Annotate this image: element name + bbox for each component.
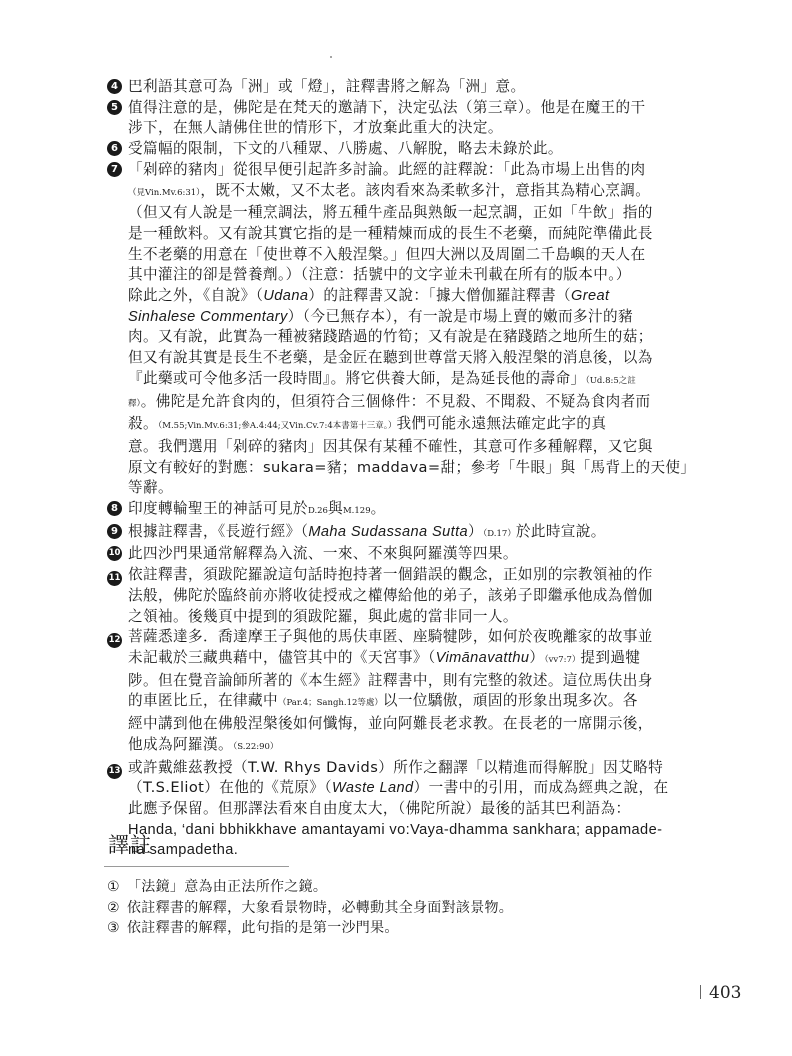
note-marker: ③: [107, 918, 127, 939]
note-text: 巴利語其意可為「洲」或「燈」，註釋書將之解為「洲」意。: [128, 77, 707, 98]
endnote-12: 12 菩薩悉達多．喬達摩王子與他的馬伕車匿、座騎犍陟，如何於夜晚離家的故事並 未…: [107, 627, 707, 757]
note-marker: 5: [107, 100, 122, 115]
note-text-line: 殺。（M.55;Vin.Mv.6:31;參A.4:44;又Vin.Cv.7:4本…: [128, 414, 707, 437]
endnote-9: 9 根據註釋書，《長遊行經》（Maha Sudassana Sutta）（D.1…: [107, 522, 707, 545]
english-title: Sinhalese Commentary: [128, 309, 288, 325]
citation: M.129: [343, 506, 371, 516]
note-text-line: 肉。又有說，此實為一種被豬踐踏過的竹筍；又有說是在豬踐踏之地所生的菇；: [128, 327, 707, 348]
note-text-line: 之領袖。後幾頁中提到的須跋陀羅，與此處的當非同一人。: [128, 607, 707, 628]
note-marker: ①: [107, 877, 127, 898]
note-text-line: 印度轉輪聖王的神話可見於D.26與M.129。: [128, 499, 707, 522]
endnote-5: 5 值得注意的是，佛陀是在梵天的邀請下，決定弘法（第三章）。他是在魔王的干 涉下…: [107, 98, 707, 139]
note-text-line: 值得注意的是，佛陀是在梵天的邀請下，決定弘法（第三章）。他是在魔王的干: [128, 98, 707, 119]
note-text: 依註釋書的解釋，此句指的是第一沙門果。: [127, 920, 399, 936]
text: ）: [529, 649, 544, 666]
endnotes-list: 4 巴利語其意可為「洲」或「燈」，註釋書將之解為「洲」意。 5 值得注意的是，佛…: [107, 77, 707, 861]
text: ）的註釋書又說：「據大僧伽羅註釋書（: [308, 287, 571, 304]
note-marker: 7: [107, 162, 122, 177]
note-text-line: 原文有較好的對應：sukara=豬；maddava=甜；參考「牛眼」與「馬背上的…: [128, 458, 707, 479]
pali-title: Maha Sudassana Sutta: [308, 524, 468, 540]
note-text-line: 等辭。: [128, 478, 707, 499]
note-text-line: 除此之外，《自說》（Udana）的註釋書又說：「據大僧伽羅註釋書（Great: [128, 286, 707, 307]
citation: （M.55;Vin.Mv.6:31;參A.4:44;又Vin.Cv.7:4本書第…: [158, 421, 396, 431]
pali-quote-line: na sampadetha.: [128, 840, 707, 861]
text: 。: [371, 500, 386, 517]
note-text: 受篇幅的限制，下文的八種眾、八勝處、八解脫，略去未錄於此。: [128, 139, 707, 160]
text: 『此藥或可令他多活一段時間』。將它供養大師，是為延長他的壽命」: [128, 370, 586, 387]
text: 於此時宣說。: [516, 523, 606, 540]
note-text-line: 的車匿比丘，在律藏中（Par.4；Sangh.12等處）以一位驕傲，頑固的形象出…: [128, 691, 707, 714]
text: ，既不太嫩，又不太老。該肉看來為柔軟多汁，意指其為精心烹調。: [200, 182, 650, 199]
note-marker: 12: [107, 633, 122, 648]
note-marker: 11: [107, 571, 122, 586]
scan-artifact-dot: [330, 56, 332, 58]
note-text: 「法鏡」意為由正法所作之鏡。: [127, 879, 327, 895]
note-text-line: 根據註釋書，《長遊行經》（Maha Sudassana Sutta）（D.17）…: [128, 522, 707, 545]
page-number: 403: [700, 983, 741, 1003]
translator-note-1: ①「法鏡」意為由正法所作之鏡。: [107, 877, 667, 898]
note-text-line: 意。我們選用「剁碎的豬肉」因其保有某種不確性，其意可作多種解釋，又它與: [128, 437, 707, 458]
text: ）: [468, 523, 483, 540]
text: 的車匿比丘，在律藏中: [128, 692, 278, 709]
note-text: 此四沙門果通常解釋為入流、一來、不來與阿羅漢等四果。: [128, 544, 707, 565]
text: 未記載於三藏典藉中，儘管其中的《天宮事》（: [128, 649, 436, 666]
note-text-line: 此應予保留。但那譯法看來自由度太大，（佛陀所說）最後的話其巴利語為：: [128, 799, 707, 820]
citation: 釋）: [128, 399, 141, 409]
note-marker: 10: [107, 546, 122, 561]
citation: （S.22:90）: [233, 742, 278, 752]
text: 。佛陀是允許食肉的，但須符合三個條件：不見殺、不聞殺、不疑為食肉者而: [141, 393, 651, 410]
pali-quote-line: Handa, ‘dani bbhikkhave amantayami vo:Va…: [128, 820, 707, 841]
note-text-line: （但又有人說是一種烹調法，將五種牛產品與熟飯一起烹調，正如「牛飲」指的: [128, 203, 707, 224]
citation: D.26: [308, 506, 328, 516]
note-text-line: 未記載於三藏典藉中，儘管其中的《天宮事》（Vimānavatthu）（vv7:7…: [128, 648, 707, 671]
note-text: 依註釋書的解釋，大象看景物時，必轉動其全身面對該景物。: [127, 900, 513, 916]
endnote-10: 10 此四沙門果通常解釋為入流、一來、不來與阿羅漢等四果。: [107, 544, 707, 565]
text: 以一位驕傲，頑固的形象出現多次。各: [383, 692, 638, 709]
note-marker: 8: [107, 501, 122, 516]
note-text-line: 生不老藥的用意在「使世尊不入般涅槃。」但四大洲以及周圍二千島嶼的天人在: [128, 245, 707, 266]
note-text-line: Sinhalese Commentary）（今已無存本），有一說是市場上賣的嫩而…: [128, 307, 707, 328]
translator-note-2: ②依註釋書的解釋，大象看景物時，必轉動其全身面對該景物。: [107, 898, 667, 919]
note-text-line: （T.S.Eliot）在他的《荒原》（Waste Land）一書中的引用，而成為…: [128, 778, 707, 799]
note-text-line: 「剁碎的豬肉」從很早便引起許多討論。此經的註釋說：「此為市場上出售的肉: [128, 160, 707, 181]
section-divider: [104, 866, 289, 867]
note-text-line: 陟。但在覺音論師所著的《本生經》註釋書中，則有完整的敘述。這位馬伕出身: [128, 671, 707, 692]
note-text-line: 但又有說其實是長生不老藥，是金匠在聽到世尊當天將入般涅槃的消息後，以為: [128, 348, 707, 369]
note-text-line: 經中講到他在佛般涅槃後如何懺悔，並向阿難長老求教。在長老的一席開示後，: [128, 714, 707, 735]
text: 殺。: [128, 415, 158, 432]
endnote-7: 7 「剁碎的豬肉」從很早便引起許多討論。此經的註釋說：「此為市場上出售的肉 （見…: [107, 160, 707, 499]
translator-notes-list: ①「法鏡」意為由正法所作之鏡。 ②依註釋書的解釋，大象看景物時，必轉動其全身面對…: [107, 877, 667, 939]
text: 根據註釋書，《長遊行經》（: [128, 523, 308, 540]
citation: （D.17）: [483, 529, 516, 539]
text: 印度轉輪聖王的神話可見於: [128, 500, 308, 517]
text: 他成為阿羅漢。: [128, 736, 233, 753]
text: ）（今已無存本），有一說是市場上賣的嫩而多汁的豬: [288, 308, 633, 325]
citation: （Ud.8:5之註: [586, 376, 636, 386]
page-number-rule: [700, 985, 701, 999]
endnote-13: 13 或許戴維茲教授（T.W. Rhys Davids）所作之翻譯「以精進而得解…: [107, 758, 707, 862]
note-text-line: 『此藥或可令他多活一段時間』。將它供養大師，是為延長他的壽命」（Ud.8:5之註: [128, 369, 707, 392]
note-text-line: 涉下，在無人請佛住世的情形下，才放棄此重大的決定。: [128, 118, 707, 139]
note-text-line: 依註釋書，須跋陀羅說這句話時抱持著一個錯誤的觀念，正如別的宗教領袖的作: [128, 565, 707, 586]
pali-title: Vimānavatthu: [436, 650, 530, 666]
note-marker: 6: [107, 141, 122, 156]
note-text-line: 菩薩悉達多．喬達摩王子與他的馬伕車匿、座騎犍陟，如何於夜晚離家的故事並: [128, 627, 707, 648]
endnote-6: 6 受篇幅的限制，下文的八種眾、八勝處、八解脫，略去未錄於此。: [107, 139, 707, 160]
english-title: Waste Land: [332, 780, 414, 796]
text: 除此之外，《自說》（: [128, 287, 263, 304]
citation: （見Vin.Mv.6:31）: [128, 188, 200, 198]
note-marker: 13: [107, 764, 122, 779]
note-text-line: 或許戴維茲教授（T.W. Rhys Davids）所作之翻譯「以精進而得解脫」因…: [128, 758, 707, 779]
note-marker: 4: [107, 79, 122, 94]
translator-notes-heading: 譯註: [108, 829, 152, 859]
note-text-line: 法般，佛陀於臨終前亦將收徒授戒之權傳給他的弟子，該弟子即繼承他成為僧伽: [128, 586, 707, 607]
text: （T.S.Eliot）在他的《荒原》（: [128, 779, 332, 796]
english-title: Great: [571, 288, 610, 304]
citation: （Par.4；Sangh.12等處）: [278, 698, 383, 708]
note-text-line: 他成為阿羅漢。（S.22:90）: [128, 735, 707, 758]
citation: （vv7:7）: [544, 655, 580, 665]
translator-note-3: ③依註釋書的解釋，此句指的是第一沙門果。: [107, 918, 667, 939]
note-text-line: 是一種飲料。又有說其實它指的是一種精煉而成的長生不老藥，而純陀準備此長: [128, 224, 707, 245]
note-marker: 9: [107, 524, 122, 539]
text: ）一書中的引用，而成為經典之說，在: [414, 779, 669, 796]
note-text-line: 其中灌注的卻是營養劑。）（注意：括號中的文字並未刊載在所有的版本中。）: [128, 265, 707, 286]
text: 與: [328, 500, 343, 517]
page-number-value: 403: [709, 983, 741, 1003]
endnote-8: 8 印度轉輪聖王的神話可見於D.26與M.129。: [107, 499, 707, 522]
text: 提到過犍: [580, 649, 640, 666]
text: 我們可能永遠無法確定此字的真: [396, 415, 606, 432]
endnote-11: 11 依註釋書，須跋陀羅說這句話時抱持著一個錯誤的觀念，正如別的宗教領袖的作 法…: [107, 565, 707, 627]
note-text-line: 釋）。佛陀是允許食肉的，但須符合三個條件：不見殺、不聞殺、不疑為食肉者而: [128, 392, 707, 415]
pali-title: Udana: [263, 288, 308, 304]
note-text-line: （見Vin.Mv.6:31），既不太嫩，又不太老。該肉看來為柔軟多汁，意指其為精…: [128, 181, 707, 204]
endnote-4: 4 巴利語其意可為「洲」或「燈」，註釋書將之解為「洲」意。: [107, 77, 707, 98]
note-marker: ②: [107, 898, 127, 919]
book-page: 4 巴利語其意可為「洲」或「燈」，註釋書將之解為「洲」意。 5 值得注意的是，佛…: [0, 0, 792, 1056]
